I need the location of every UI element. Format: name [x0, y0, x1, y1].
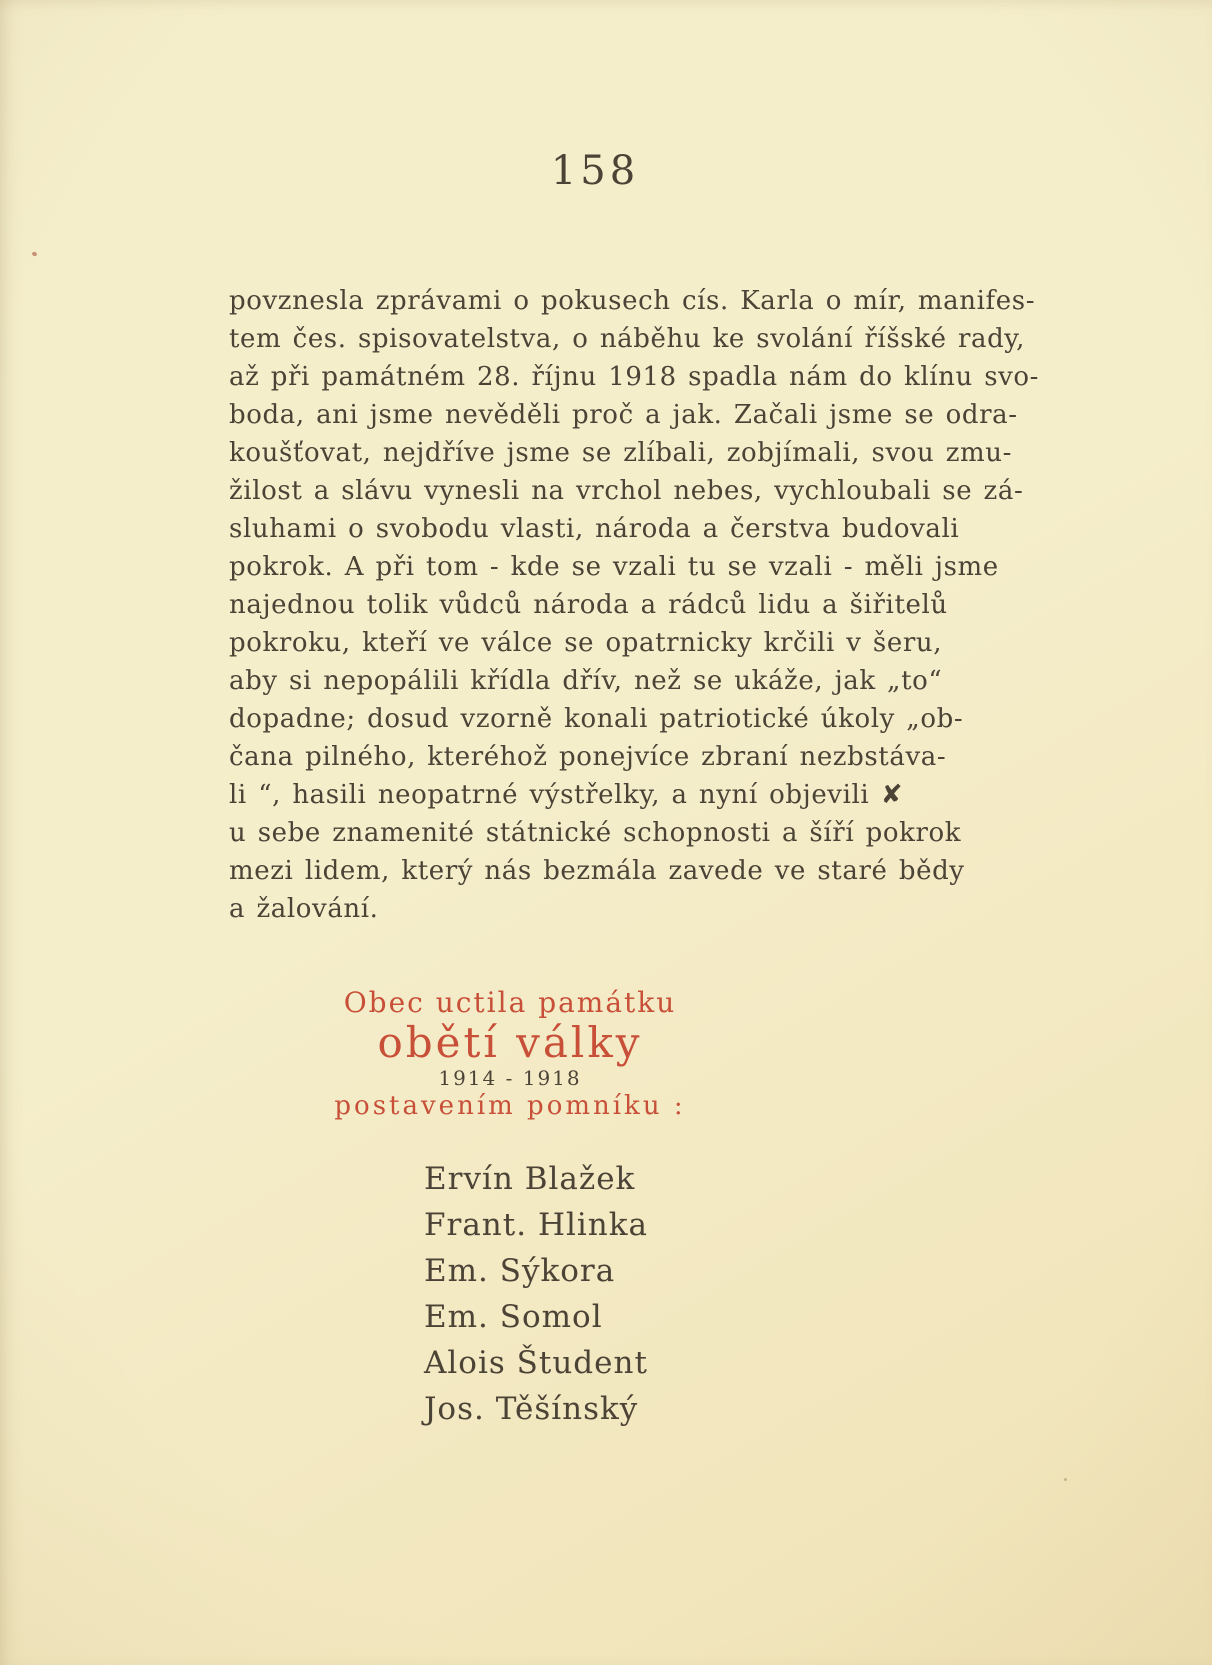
memorial-heading-line3: postavením pomníku : [230, 1090, 790, 1122]
paper-speck [31, 251, 37, 257]
memorial-heading-line2: obětí války [230, 1020, 790, 1066]
body-line: boda, ani jsme nevěděli proč a jak. Zača… [229, 396, 1004, 434]
body-line: povznesla zprávami o pokusech cís. Karla… [229, 282, 1004, 320]
body-line: dopadne; dosud vzorně konali patriotické… [229, 700, 1004, 738]
victim-name: Jos. Těšínský [424, 1386, 648, 1432]
memorial-heading-line1: Obec uctila památku [230, 986, 790, 1020]
body-line: mezi lidem, který nás bezmála zavede ve … [229, 852, 1004, 890]
body-line: tem čes. spisovatelstva, o náběhu ke svo… [229, 320, 1004, 358]
victim-names-list: Ervín Blažek Frant. Hlinka Em. Sýkora Em… [424, 1156, 648, 1432]
body-line: koušťovat, nejdříve jsme se zlíbali, zob… [229, 434, 1004, 472]
victim-name: Em. Somol [424, 1294, 648, 1340]
victim-name: Em. Sýkora [424, 1248, 648, 1294]
body-line: sluhami o svobodu vlasti, národa a čerst… [229, 510, 1004, 548]
body-line: pokroku, kteří ve válce se opatrnicky kr… [229, 624, 1004, 662]
body-line: najednou tolik vůdců národa a rádců lidu… [229, 586, 1004, 624]
victim-name: Alois Študent [424, 1340, 648, 1386]
body-line: až při památném 28. říjnu 1918 spadla ná… [229, 358, 1004, 396]
body-line: li “, hasili neopatrné výstřelky, a nyní… [229, 776, 1004, 814]
body-line: čana pilného, kteréhož ponejvíce zbraní … [229, 738, 1004, 776]
body-line: a žalování. [229, 890, 1004, 928]
manuscript-page: 158 povznesla zprávami o pokusech cís. K… [0, 0, 1212, 1665]
paper-speck [1064, 1478, 1067, 1481]
memorial-heading: Obec uctila památku obětí války 1914 - 1… [230, 986, 790, 1122]
page-number: 158 [0, 148, 1190, 194]
body-line: u sebe znamenité státnické schopnosti a … [229, 814, 1004, 852]
body-line: aby si nepopálili křídla dřív, než se uk… [229, 662, 1004, 700]
victim-name: Ervín Blažek [424, 1156, 648, 1202]
memorial-years: 1914 - 1918 [230, 1066, 790, 1090]
body-line: pokrok. A při tom - kde se vzali tu se v… [229, 548, 1004, 586]
body-text: povznesla zprávami o pokusech cís. Karla… [229, 282, 1004, 928]
body-line: žilost a slávu vynesli na vrchol nebes, … [229, 472, 1004, 510]
victim-name: Frant. Hlinka [424, 1202, 648, 1248]
